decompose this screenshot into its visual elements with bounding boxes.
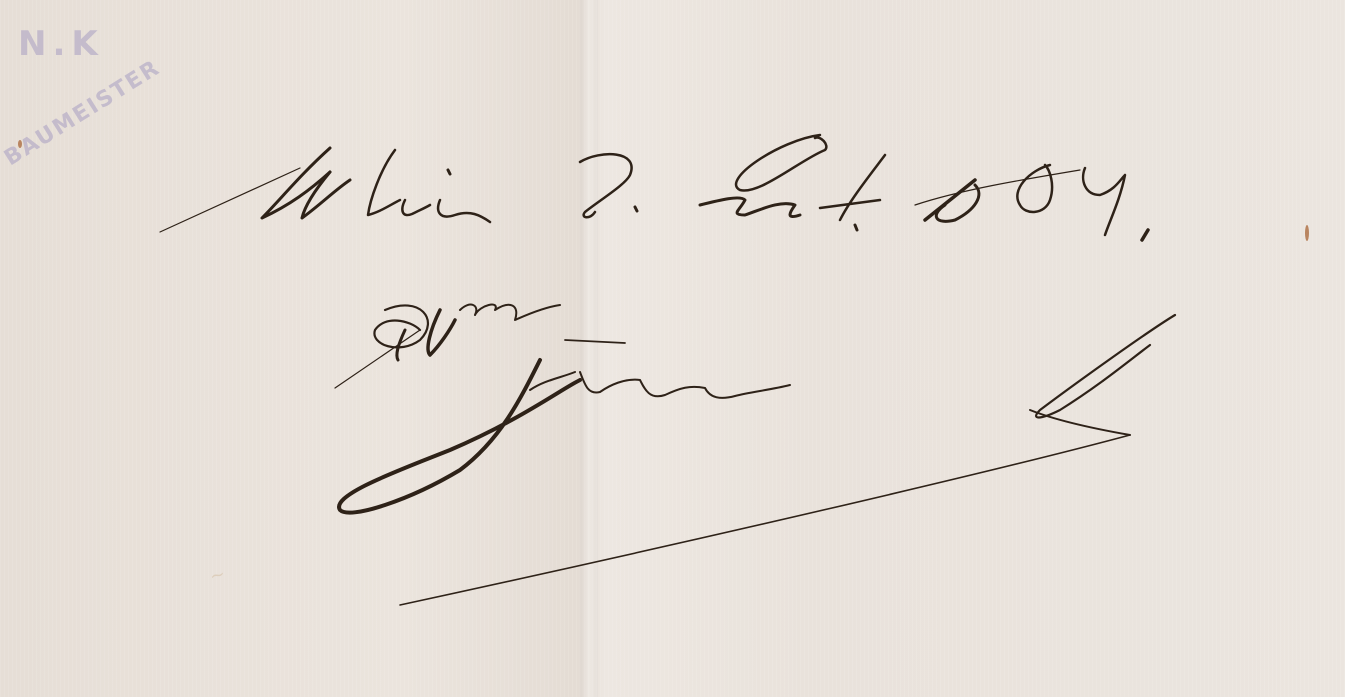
salutation-ink — [335, 305, 560, 388]
handwriting-ink — [0, 0, 1345, 697]
date-line-ink — [160, 135, 1148, 240]
signature-ink — [339, 315, 1175, 605]
document-page: N.K BAUMEISTER ~ — [0, 0, 1345, 697]
